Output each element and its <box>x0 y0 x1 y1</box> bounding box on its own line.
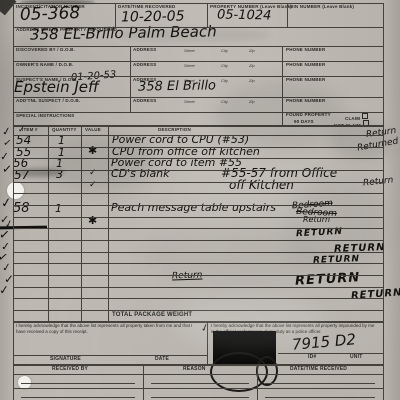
address-label: ADDRESS <box>133 63 156 68</box>
form-rule-line <box>13 355 207 356</box>
bin-number-label: BIN NUMBER (Leave Blank) <box>290 5 354 10</box>
form-rule-line <box>13 76 383 77</box>
unit-label: UNIT <box>350 355 362 361</box>
street-label: Street <box>184 48 195 53</box>
form-rule-line <box>265 383 375 384</box>
reason-header: REASON <box>183 367 206 373</box>
form-rule-line <box>13 61 383 62</box>
scan-smudge <box>12 168 64 177</box>
city-label: City <box>221 78 228 83</box>
item-desc: Peach message table upstairs <box>111 202 276 213</box>
form-rule-line <box>13 364 383 366</box>
form-rule-line <box>383 3 384 400</box>
scan-smudge <box>45 135 155 190</box>
ack-left-text: I hereby acknowledge that the above list… <box>16 323 196 334</box>
form-rule-line <box>287 3 288 27</box>
checkmark-mark: ✓ <box>0 151 10 163</box>
form-rule-line <box>130 46 131 112</box>
checkmark-mark: ✓ <box>2 163 13 176</box>
scan-smudge <box>175 295 325 350</box>
form-rule-line <box>21 397 135 398</box>
form-rule-line <box>151 383 249 384</box>
form-rule-line <box>13 46 383 47</box>
address-label: ADDRESS <box>133 99 156 104</box>
quantity-col-header: QUANTITY <box>52 128 77 133</box>
id-number-label: ID# <box>308 355 316 361</box>
city-label: City <box>221 48 228 53</box>
scan-smudge <box>120 28 270 42</box>
checkmark-mark: ✓ <box>0 284 10 297</box>
property-number-value: 05-1024 <box>217 9 272 23</box>
form-rule-line <box>151 397 249 398</box>
form-rule-line <box>13 388 383 389</box>
incident-number-value: 05-368 <box>20 5 81 24</box>
form-rule-line <box>13 298 383 299</box>
form-rule-line <box>207 3 208 27</box>
city-label: City <box>221 63 228 68</box>
date-label: DATE <box>155 357 169 363</box>
form-rule-line <box>13 287 383 288</box>
phone-label: PHONE NUMBER <box>286 63 325 68</box>
return-annotation: RETURN <box>351 288 400 302</box>
form-rule-line <box>143 365 144 400</box>
street-label: Street <box>184 63 195 68</box>
checkmark-mark: ✓ <box>0 196 13 210</box>
scan-smudge <box>140 225 320 285</box>
zip-label: Zip <box>249 63 255 68</box>
form-rule-line <box>257 365 258 400</box>
scan-smudge <box>0 35 55 155</box>
form-rule-line <box>115 3 116 27</box>
scan-smudge <box>215 80 345 150</box>
value-col-header: VALUE <box>85 128 101 133</box>
street-label: Street <box>184 99 195 104</box>
scan-smudge <box>20 0 95 4</box>
zip-label: Zip <box>249 48 255 53</box>
signature-scribble <box>256 356 278 386</box>
datetime-received-header: DATE/TIME RECEIVED <box>290 367 347 373</box>
phone-label: PHONE NUMBER <box>286 48 325 53</box>
scanned-property-receipt: INCIDENT/CITATION NUMBER DATE/TIME RECOV… <box>0 0 400 400</box>
suspect-address-value: 358 El Brillo <box>138 79 216 93</box>
claim-checkbox <box>362 113 368 119</box>
signature-label: SIGNATURE <box>50 357 81 363</box>
item-desc: off Kitchen <box>229 179 294 191</box>
form-rule-line <box>265 397 375 398</box>
item-number: 58 <box>13 202 30 215</box>
form-rule-line <box>21 383 135 384</box>
form-rule-line <box>13 374 383 375</box>
received-by-header: RECEIVED BY <box>52 367 88 373</box>
scan-smudge <box>330 120 390 160</box>
form-rule-line <box>278 353 383 354</box>
address-label: ADDRESS <box>133 48 156 53</box>
